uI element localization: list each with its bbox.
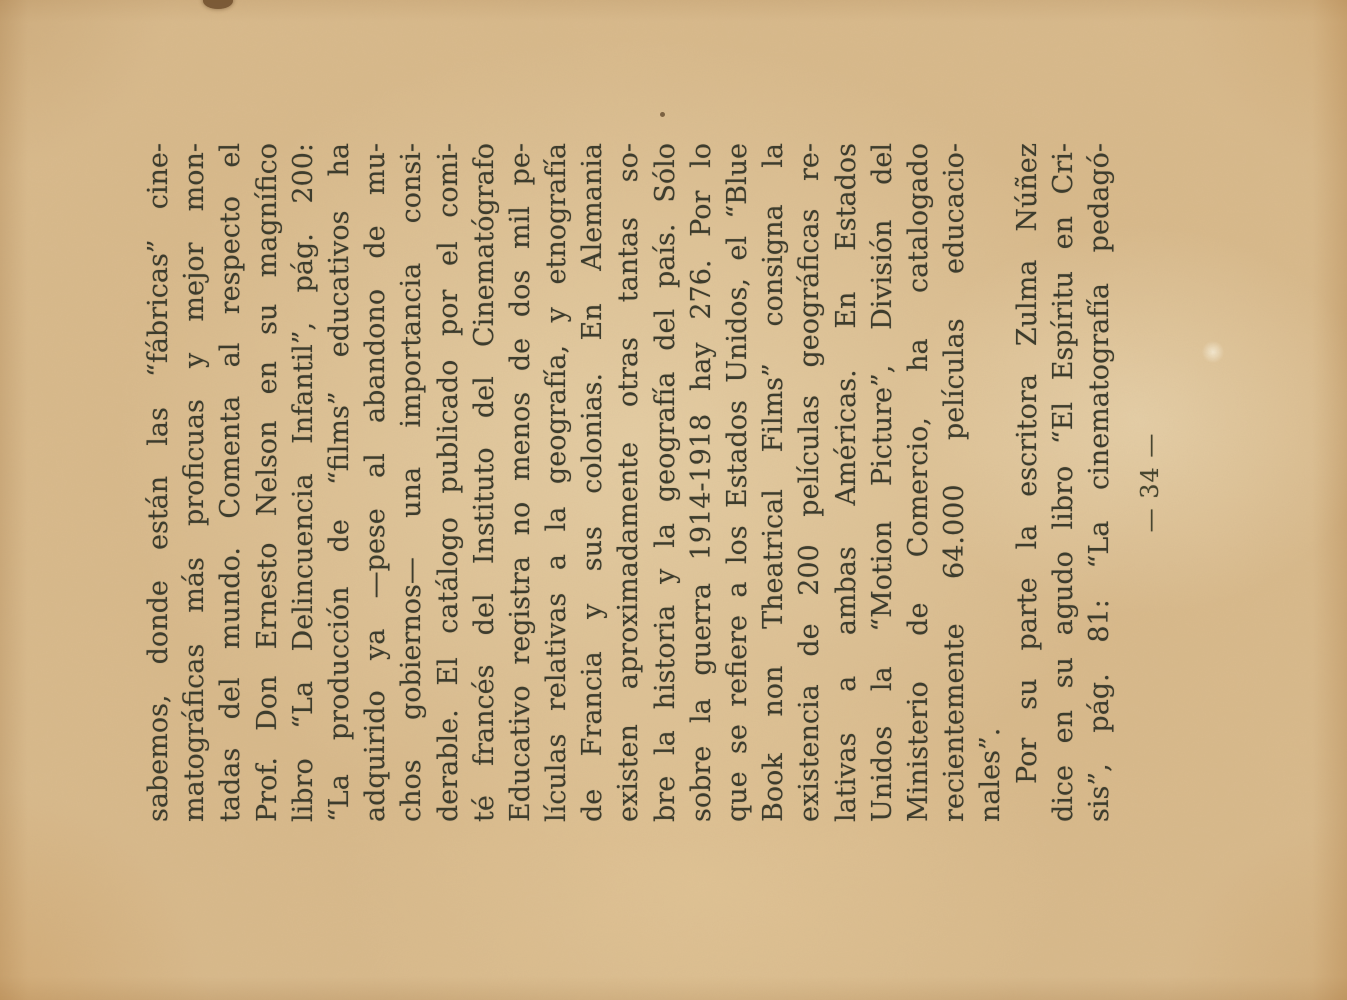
text-line: té francés del Instituto del Cinematógra… xyxy=(467,143,503,822)
text-line: Prof. Don Ernesto Nelson en su magnífico xyxy=(250,143,286,822)
text-line: libro “La Delincuencia Infantil”, pág. 2… xyxy=(286,143,322,822)
text-line: que se refiere a los Estados Unidos, el … xyxy=(720,143,756,822)
text-line: tadas del mundo. Comenta al respecto el xyxy=(213,143,249,822)
text-line: lativas a ambas Américas. En Estados xyxy=(829,143,865,822)
text-line: Book non Theatrical Films” consigna la xyxy=(756,143,792,822)
text-line: Educativo registra no menos de dos mil p… xyxy=(503,143,539,822)
scanned-page: sabemos, donde están las “fábricas” cine… xyxy=(0,0,1347,1000)
text-line: chos gobiernos— una importancia consi- xyxy=(394,143,430,822)
text-line: adquirido ya —pese al abandono de mu- xyxy=(358,143,394,822)
text-line: lículas relativas a la geografía, y etno… xyxy=(539,143,575,822)
text-line: sobre la guerra 1914-1918 hay 276. Por l… xyxy=(684,143,720,822)
body-text: sabemos, donde están las “fábricas” cine… xyxy=(141,143,1118,822)
text-line: bre la historia y la geografía del país.… xyxy=(648,143,684,822)
text-line: matográficas más proficuas y mejor mon- xyxy=(177,143,213,822)
text-line: existencia de 200 películas geográficas … xyxy=(792,143,828,822)
text-line: sabemos, donde están las “fábricas” cine… xyxy=(141,143,177,822)
text-line: existen aproximadamente otras tantas so- xyxy=(611,143,647,822)
rotated-page-content: sabemos, donde están las “fábricas” cine… xyxy=(0,0,1347,1000)
page-number: — 34 — xyxy=(1136,143,1164,822)
text-line: nales”. xyxy=(973,143,1009,822)
text-line: dice en su agudo libro “El Espíritu en C… xyxy=(1046,143,1082,822)
text-line: Ministerio de Comercio, ha catalogado xyxy=(901,143,937,822)
text-line: “La producción de “films” educativos ha xyxy=(322,143,358,822)
text-line: recientemente 64.000 películas educacio- xyxy=(937,143,973,822)
text-line: Unidos la “Motion Picture”, División del xyxy=(865,143,901,822)
text-line: derable. El catálogo publicado por el co… xyxy=(431,143,467,822)
text-line: Por su parte la escritora Zulma Núñez xyxy=(1010,143,1046,822)
text-line: sis”, pág. 81: “La cinematografía pedagó… xyxy=(1082,143,1118,822)
text-line: de Francia y sus colonias. En Alemania xyxy=(575,143,611,822)
